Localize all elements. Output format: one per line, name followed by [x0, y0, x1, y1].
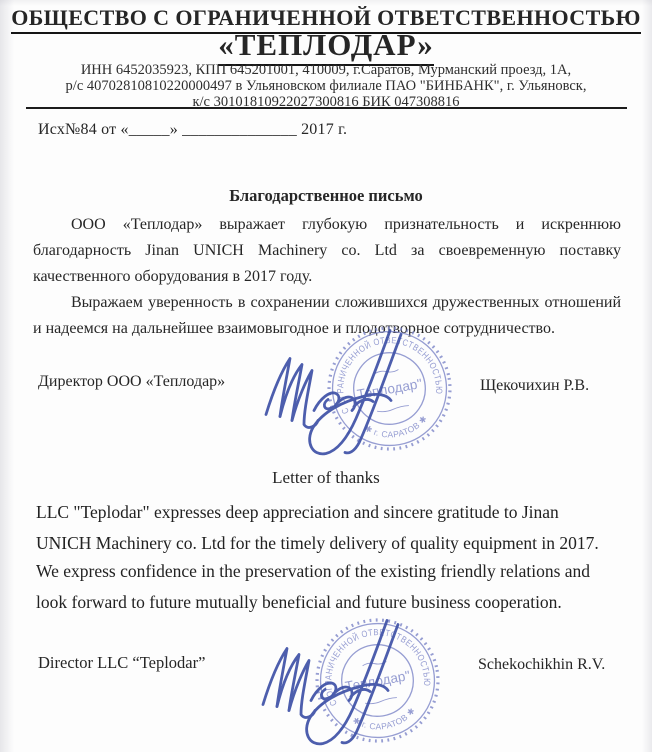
- scanned-letter-page: С ОГРАНИЧЕННОЙ ОТВЕТСТВЕННОСТЬЮ ✱ г. САР…: [0, 0, 652, 752]
- handwritten-signature-ru: [258, 325, 443, 460]
- ru-signer-name: Щекочихин Р.В.: [480, 377, 589, 395]
- header-divider-rule: [26, 107, 627, 109]
- company-name-text: «ТЕПЛОДАР»: [218, 27, 434, 66]
- company-seal-stamp-ru: [327, 326, 452, 451]
- outgoing-ref-line: Исх№84 от «_____» ______________ 2017 г.: [38, 121, 347, 139]
- en-paragraph-2: We express confidence in the preservatio…: [36, 556, 612, 618]
- handwritten-signature-en: [255, 615, 440, 750]
- company-details: ИНН 6452035923, КПП 645201001, 410009, г…: [0, 62, 652, 110]
- en-paragraph-1: LLC "Teplodar" expresses deep appreciati…: [36, 497, 612, 559]
- ru-paragraph-1: ООО «Теплодар» выражает глубокую признат…: [33, 212, 621, 290]
- ru-letter-body: ООО «Теплодар» выражает глубокую признат…: [33, 212, 621, 342]
- en-signer-title: Director LLC “Teplodar”: [38, 653, 205, 673]
- en-signer-name: Schekochikhin R.V.: [478, 656, 605, 674]
- ru-signer-title: Директор ООО «Теплодар»: [38, 373, 225, 391]
- ru-paragraph-2: Выражаем уверенность в сохранении сложив…: [33, 290, 621, 342]
- company-seal-stamp-en: [315, 618, 440, 743]
- company-name-heading: «ТЕПЛОДАР»: [0, 27, 652, 66]
- details-line-account: р/с 40702810810220000497 в Ульяновском ф…: [0, 78, 652, 94]
- en-letter-title: Letter of thanks: [0, 468, 652, 488]
- scan-shading-left: [0, 0, 14, 752]
- details-line-inn: ИНН 6452035923, КПП 645201001, 410009, г…: [0, 62, 652, 78]
- scan-shading-right: [642, 0, 652, 752]
- ru-letter-title: Благодарственное письмо: [0, 186, 652, 206]
